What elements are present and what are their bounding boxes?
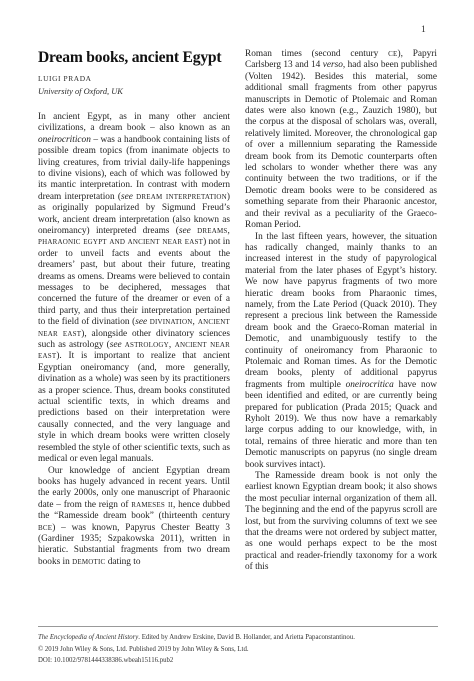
text-run: oneirocriticon (38, 135, 91, 145)
article-page: 1 Dream books, ancient Egypt LUIGI PRADA… (0, 0, 474, 681)
text-run: see (121, 192, 136, 202)
article-title: Dream books, ancient Egypt (38, 49, 230, 67)
left-column: Dream books, ancient Egypt LUIGI PRADA U… (38, 49, 230, 574)
text-run: have now been identified and edited, or … (245, 380, 437, 470)
text-run: The Ramesside dream book is not only the… (245, 471, 437, 572)
text-run: dating to (105, 557, 140, 567)
text-run: In ancient Egypt, as in many other ancie… (38, 112, 230, 133)
text-run: see (179, 226, 197, 236)
text-run: Roman times (second century (245, 49, 388, 59)
text-run: rameses ii (131, 500, 173, 510)
text-run: ). It is important to realize that ancie… (38, 351, 230, 464)
author-affiliation: University of Oxford, UK (38, 87, 230, 96)
author-name: LUIGI PRADA (38, 74, 230, 83)
text-run: demotic (72, 557, 105, 567)
footer-copyright: © 2019 John Wiley & Sons, Ltd. Published… (38, 644, 438, 656)
paragraph-2-continued: Roman times (second century ce), Papyri … (245, 49, 437, 232)
footer-editors: . Edited by Andrew Erskine, David B. Hol… (138, 634, 355, 641)
text-run: ) not in order to unveil facts and event… (38, 237, 230, 327)
paragraph-4: The Ramesside dream book is not only the… (245, 471, 437, 574)
footer-doi: DOI: 10.1002/9781444338386.wbeah15116.pu… (38, 655, 438, 667)
text-run: In the last fifteen years, however, the … (245, 232, 437, 390)
right-column: Roman times (second century ce), Papyri … (245, 49, 437, 574)
footer-series-title: The Encyclopedia of Ancient History (38, 634, 138, 641)
article-content: Dream books, ancient Egypt LUIGI PRADA U… (38, 49, 438, 574)
page-number: 1 (421, 25, 426, 35)
text-run: verso (323, 60, 343, 70)
footer-citation: The Encyclopedia of Ancient History. Edi… (38, 632, 438, 644)
paragraph-3: In the last fifteen years, however, the … (245, 232, 437, 472)
text-run: see (135, 317, 149, 327)
text-run: oneirocritica (346, 380, 394, 390)
text-run: see (110, 340, 125, 350)
paragraph-2: Our knowledge of ancient Egyptian dream … (38, 466, 230, 569)
text-run: bce (38, 523, 52, 533)
text-run: dream interpretation (136, 192, 227, 202)
paragraph-1: In ancient Egypt, as in many other ancie… (38, 112, 230, 466)
footer: The Encyclopedia of Ancient History. Edi… (38, 626, 438, 667)
text-run: , had also been published (Volten 1942).… (245, 60, 437, 230)
